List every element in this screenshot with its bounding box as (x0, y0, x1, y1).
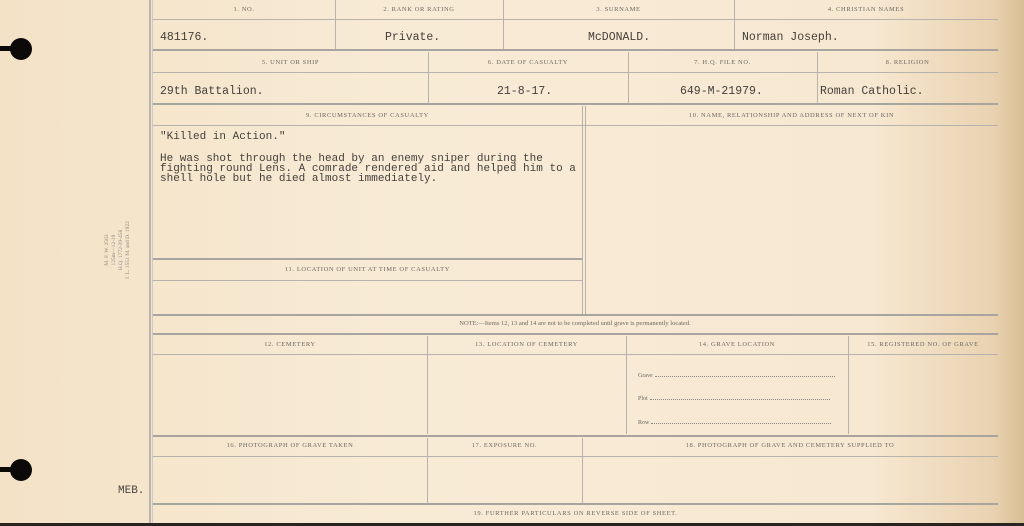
field-hq-file: 649-M-21979. (680, 85, 763, 98)
label-rank: 2. Rank or Rating (335, 6, 503, 13)
label-date: 6. Date of Casualty (428, 59, 628, 66)
label-photo-supplied: 18. Photograph of Grave and Cemetery Sup… (582, 442, 998, 449)
label-photo-taken: 16. Photograph of Grave Taken (153, 442, 427, 449)
rule (153, 280, 582, 281)
label-religion: 8. Religion (817, 59, 998, 66)
label-registered-no: 15. Registered No. of Grave (848, 341, 998, 348)
rule (153, 435, 998, 437)
casualty-description: He was shot through the head by an enemy… (160, 154, 580, 184)
casualty-card: M. F. W. 2563 125m—12-19 H.Q. 1772-39-45… (0, 0, 1024, 526)
circumstances-text: "Killed in Action." He was shot through … (160, 132, 580, 184)
rule (153, 103, 998, 105)
field-unit: 29th Battalion. (160, 85, 264, 98)
label-further-particulars: 19. Further Particulars on Reverse Side … (153, 510, 998, 517)
rule (153, 456, 998, 457)
rule (153, 314, 998, 316)
field-surname: McDONALD. (588, 31, 650, 44)
label-unit: 5. Unit or Ship (153, 59, 428, 66)
label-surname: 3. Surname (503, 6, 734, 13)
row-line: Row (638, 420, 838, 426)
label-exposure-no: 17. Exposure No. (427, 442, 582, 449)
label-grave-location: 14. Grave Location (626, 341, 848, 348)
field-date: 21-8-17. (497, 85, 552, 98)
field-no: 481176. (160, 31, 208, 44)
margin-rule (149, 0, 151, 526)
clerk-initials: MEB. (118, 485, 144, 497)
rule (153, 125, 998, 126)
label-location-of-cemetery: 13. Location of Cemetery (427, 341, 626, 348)
rule (153, 354, 998, 355)
rule (153, 19, 998, 20)
rule (153, 503, 998, 505)
column-divider (427, 336, 428, 434)
field-rank: Private. (385, 31, 440, 44)
punch-hole-bottom (10, 459, 32, 481)
label-hq-file: 7. H.Q. File No. (628, 59, 817, 66)
rule (153, 333, 998, 335)
label-circumstances: 9. Circumstances of Casualty (153, 112, 582, 119)
casualty-status: "Killed in Action." (160, 132, 580, 142)
label-location-of-unit: 11. Location of Unit at Time of Casualty (153, 266, 582, 273)
column-divider (848, 336, 849, 434)
column-divider (626, 336, 627, 434)
punch-hole-top (10, 38, 32, 60)
column-divider (582, 106, 583, 314)
rule (153, 258, 582, 260)
field-religion: Roman Catholic. (820, 85, 924, 98)
column-divider (585, 106, 586, 314)
label-next-of-kin: 10. Name, Relationship and Address of Ne… (585, 112, 998, 119)
field-christian-names: Norman Joseph. (742, 31, 839, 44)
label-christian-names: 4. Christian Names (734, 6, 998, 13)
label-no: 1. No. (153, 6, 335, 13)
label-cemetery: 12. Cemetery (153, 341, 427, 348)
rule (153, 49, 998, 51)
side-print: M. F. W. 2563 125m—12-19 H.Q. 1772-39-45… (104, 200, 132, 300)
grave-line: Grave (638, 373, 838, 379)
rule (153, 72, 998, 73)
note-text: NOTE:—Items 12, 13 and 14 are not to be … (150, 320, 1000, 327)
plot-line: Plot (638, 396, 838, 402)
